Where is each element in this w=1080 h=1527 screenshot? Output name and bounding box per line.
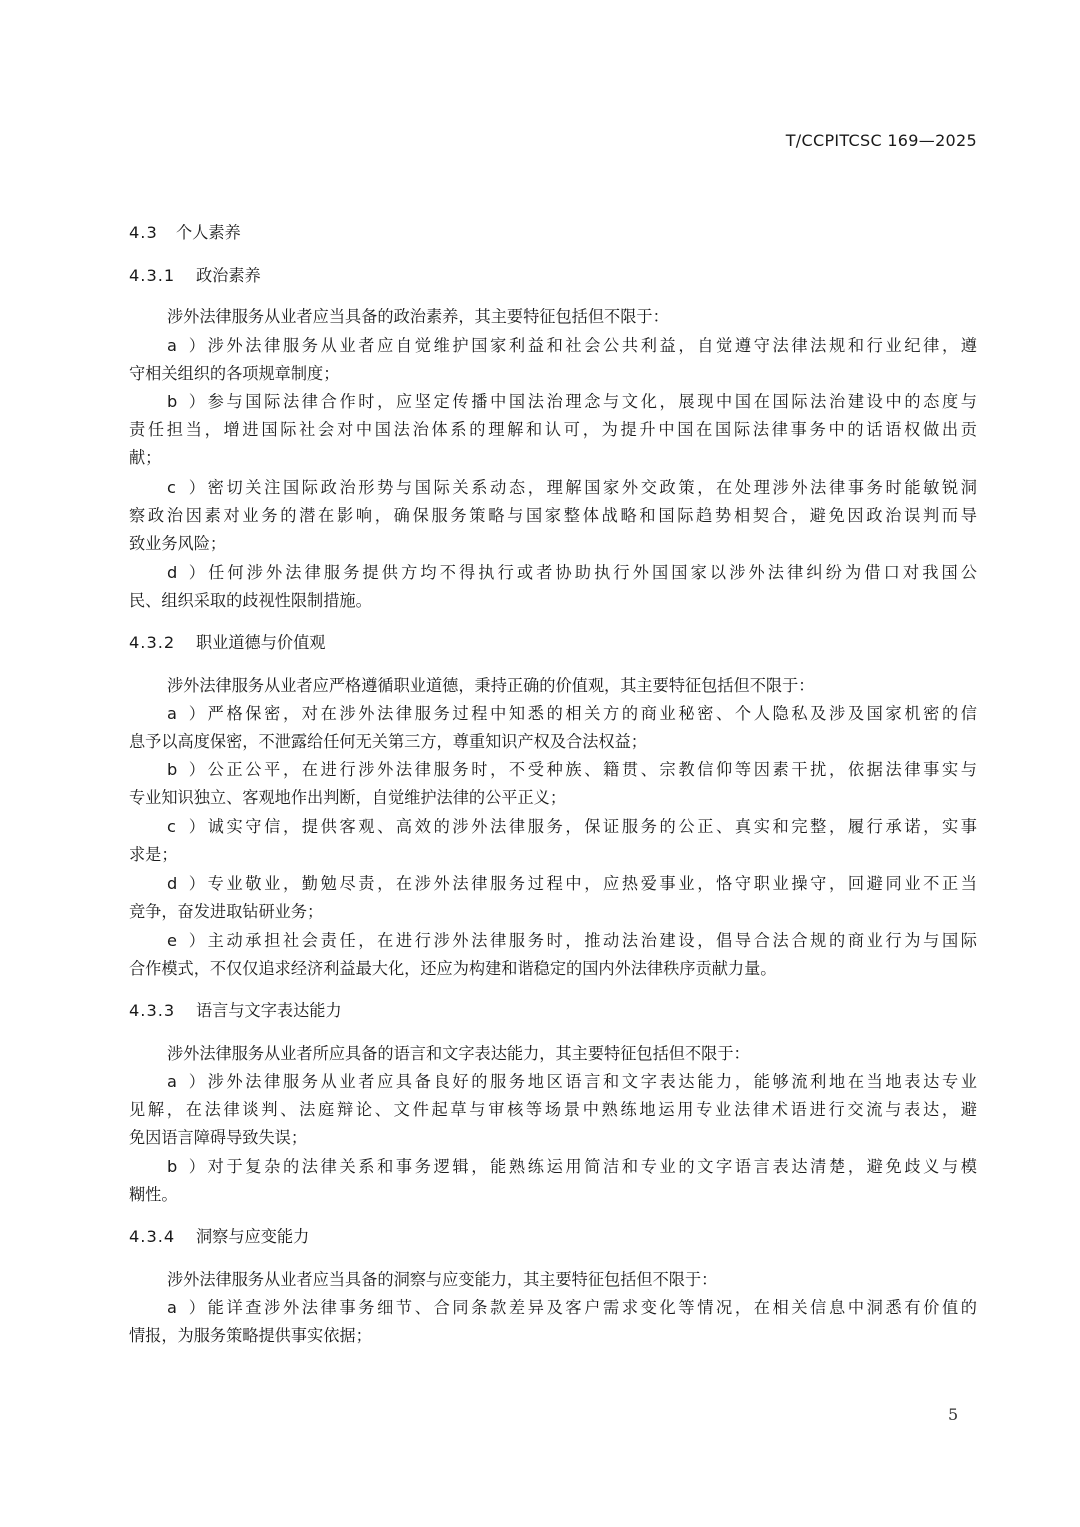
list-item-d-line1: d）任何涉外法律服务提供方均不得执行或者协助执行外国国家以涉外法律纠纷为借口对我… xyxy=(167,562,977,584)
section-number: 4.3.2 xyxy=(129,632,196,654)
list-marker: e） xyxy=(167,930,205,952)
section-title: 职业道德与价值观 xyxy=(196,633,326,652)
list-item-c-line1: c）诚实守信，提供客观、高效的涉外法律服务，保证服务的公正、真实和完整，履行承诺… xyxy=(167,816,977,838)
list-marker: a） xyxy=(167,335,205,357)
list-marker: a） xyxy=(167,1297,205,1319)
list-item-b-line1: b）公正公平，在进行涉外法律服务时，不受种族、籍贯、宗教信仰等因素干扰，依据法律… xyxy=(167,759,977,781)
list-text: 涉外法律服务从业者应自觉维护国家利益和社会公共利益，自觉遵守法律法规和行业纪律，… xyxy=(205,336,977,355)
list-item-a-line2: 见解，在法律谈判、法庭辩论、文件起草与审核等场景中熟练地运用专业法律术语进行交流… xyxy=(129,1099,977,1121)
list-marker: c） xyxy=(167,477,205,499)
list-marker: d） xyxy=(167,873,205,895)
standard-code: T/CCPITCSC 169—2025 xyxy=(786,131,977,150)
document-page: T/CCPITCSC 169—2025 4.3个人素养 4.3.1政治素养 涉外… xyxy=(0,0,1080,1527)
list-item-d-line2: 民、组织采取的歧视性限制措施。 xyxy=(129,590,977,612)
list-text: 对于复杂的法律关系和事务逻辑，能熟练运用简洁和专业的文字语言表达清楚，避免歧义与… xyxy=(205,1157,977,1176)
list-item-b-line2: 专业知识独立、客观地作出判断，自觉维护法律的公平正义； xyxy=(129,787,977,809)
list-item-b-line1: b）参与国际法律合作时，应坚定传播中国法治理念与文化，展现中国在国际法治建设中的… xyxy=(167,391,977,413)
list-marker: b） xyxy=(167,1156,205,1178)
list-text: 参与国际法律合作时，应坚定传播中国法治理念与文化，展现中国在国际法治建设中的态度… xyxy=(205,392,977,411)
list-item-a-line1: a）涉外法律服务从业者应自觉维护国家利益和社会公共利益，自觉遵守法律法规和行业纪… xyxy=(167,335,977,357)
list-marker: b） xyxy=(167,391,205,413)
list-item-b-line1: b）对于复杂的法律关系和事务逻辑，能熟练运用简洁和专业的文字语言表达清楚，避免歧… xyxy=(167,1156,977,1178)
section-title: 个人素养 xyxy=(176,223,241,242)
paragraph-intro: 涉外法律服务从业者应严格遵循职业道德，秉持正确的价值观，其主要特征包括但不限于： xyxy=(167,675,977,697)
section-heading-4-3-4: 4.3.4洞察与应变能力 xyxy=(129,1226,309,1248)
list-marker: d） xyxy=(167,562,205,584)
list-text: 严格保密，对在涉外法律服务过程中知悉的相关方的商业秘密、个人隐私及涉及国家机密的… xyxy=(205,704,977,723)
list-text: 专业敬业，勤勉尽责，在涉外法律服务过程中，应热爱事业，恪守职业操守，回避同业不正… xyxy=(205,874,977,893)
list-item-b-line3: 献； xyxy=(129,447,977,469)
list-item-a-line1: a）能详查涉外法律事务细节、合同条款差异及客户需求变化等情况，在相关信息中洞悉有… xyxy=(167,1297,977,1319)
list-item-a-line1: a）严格保密，对在涉外法律服务过程中知悉的相关方的商业秘密、个人隐私及涉及国家机… xyxy=(167,703,977,725)
paragraph-intro: 涉外法律服务从业者应当具备的政治素养，其主要特征包括但不限于： xyxy=(167,306,977,328)
paragraph-intro: 涉外法律服务从业者应当具备的洞察与应变能力，其主要特征包括但不限于： xyxy=(167,1269,977,1291)
page-number: 5 xyxy=(948,1405,958,1424)
section-number: 4.3.1 xyxy=(129,265,196,287)
list-item-b-line2: 责任担当，增进国际社会对中国法治体系的理解和认可，为提升中国在国际法律事务中的话… xyxy=(129,419,977,441)
section-heading-4-3-1: 4.3.1政治素养 xyxy=(129,265,261,287)
list-item-d-line1: d）专业敬业，勤勉尽责，在涉外法律服务过程中，应热爱事业，恪守职业操守，回避同业… xyxy=(167,873,977,895)
paragraph-intro: 涉外法律服务从业者所应具备的语言和文字表达能力，其主要特征包括但不限于： xyxy=(167,1043,977,1065)
list-item-c-line2: 求是； xyxy=(129,844,977,866)
list-item-d-line2: 竞争，奋发进取钻研业务； xyxy=(129,901,977,923)
section-title: 政治素养 xyxy=(196,266,261,285)
list-item-a-line2: 情报，为服务策略提供事实依据； xyxy=(129,1325,977,1347)
section-title: 洞察与应变能力 xyxy=(196,1227,309,1246)
list-item-e-line2: 合作模式，不仅仅追求经济利益最大化，还应为构建和谐稳定的国内外法律秩序贡献力量。 xyxy=(129,958,977,980)
section-number: 4.3.3 xyxy=(129,1000,196,1022)
list-marker: a） xyxy=(167,1071,205,1093)
list-text: 任何涉外法律服务提供方均不得执行或者协助执行外国国家以涉外法律纠纷为借口对我国公 xyxy=(205,563,977,582)
list-text: 能详查涉外法律事务细节、合同条款差异及客户需求变化等情况，在相关信息中洞悉有价值… xyxy=(205,1298,977,1317)
list-item-a-line2: 息予以高度保密，不泄露给任何无关第三方，尊重知识产权及合法权益； xyxy=(129,731,977,753)
list-item-c-line3: 致业务风险； xyxy=(129,533,977,555)
list-item-a-line2: 守相关组织的各项规章制度； xyxy=(129,363,977,385)
list-text: 涉外法律服务从业者应具备良好的服务地区语言和文字表达能力，能够流利地在当地表达专… xyxy=(205,1072,977,1091)
section-heading-4-3: 4.3个人素养 xyxy=(129,222,241,244)
list-text: 公正公平，在进行涉外法律服务时，不受种族、籍贯、宗教信仰等因素干扰，依据法律事实… xyxy=(205,760,977,779)
list-item-e-line1: e）主动承担社会责任，在进行涉外法律服务时，推动法治建设，倡导合法合规的商业行为… xyxy=(167,930,977,952)
list-item-a-line3: 免因语言障碍导致失误； xyxy=(129,1127,977,1149)
section-heading-4-3-3: 4.3.3语言与文字表达能力 xyxy=(129,1000,342,1022)
list-item-a-line1: a）涉外法律服务从业者应具备良好的服务地区语言和文字表达能力，能够流利地在当地表… xyxy=(167,1071,977,1093)
list-marker: b） xyxy=(167,759,205,781)
section-heading-4-3-2: 4.3.2职业道德与价值观 xyxy=(129,632,326,654)
list-marker: a） xyxy=(167,703,205,725)
list-item-c-line2: 察政治因素对业务的潜在影响，确保服务策略与国家整体战略和国际趋势相契合，避免因政… xyxy=(129,505,977,527)
list-text: 诚实守信，提供客观、高效的涉外法律服务，保证服务的公正、真实和完整，履行承诺，实… xyxy=(205,817,977,836)
list-text: 密切关注国际政治形势与国际关系动态，理解国家外交政策，在处理涉外法律事务时能敏锐… xyxy=(205,478,977,497)
list-item-c-line1: c）密切关注国际政治形势与国际关系动态，理解国家外交政策，在处理涉外法律事务时能… xyxy=(167,477,977,499)
list-item-b-line2: 糊性。 xyxy=(129,1184,977,1206)
list-marker: c） xyxy=(167,816,205,838)
list-text: 主动承担社会责任，在进行涉外法律服务时，推动法治建设，倡导合法合规的商业行为与国… xyxy=(205,931,977,950)
section-number: 4.3.4 xyxy=(129,1226,196,1248)
section-title: 语言与文字表达能力 xyxy=(196,1001,342,1020)
section-number: 4.3 xyxy=(129,222,176,244)
